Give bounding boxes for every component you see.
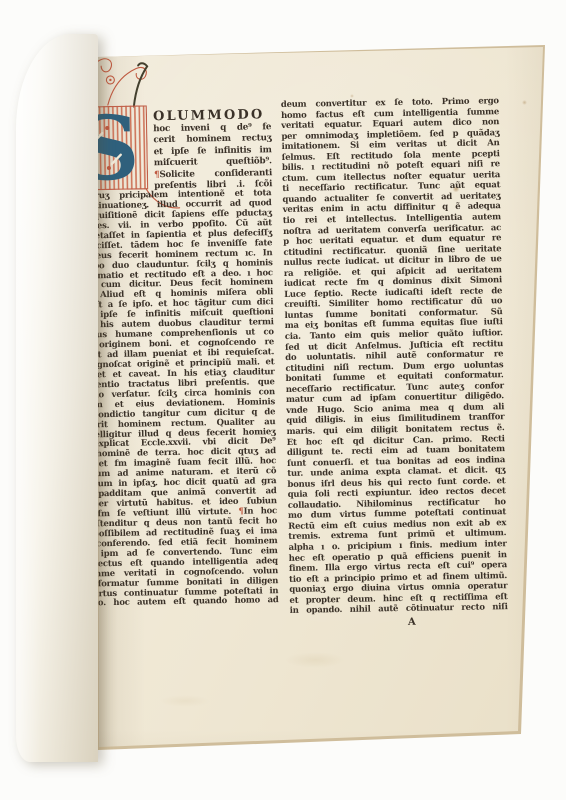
text-line: in opando. nihil autẽ cõtinuatur recto n…	[290, 602, 508, 616]
dark-pen-stroke	[133, 63, 148, 106]
incipit-block: OLUMMODOhoc inveni q de⁹ fecerit hominem…	[153, 108, 272, 193]
photo-background: S OLUMMODOhoc inveni q de⁹ fecerit homin…	[0, 0, 566, 800]
facing-page-edge	[16, 34, 98, 762]
text-column-right: deum convertitur ex ſe toto. Primo ergoh…	[281, 96, 508, 617]
signature-mark: A	[408, 617, 416, 628]
text-line: OLUMMODO	[153, 108, 271, 124]
facing-page-crease	[16, 34, 98, 762]
